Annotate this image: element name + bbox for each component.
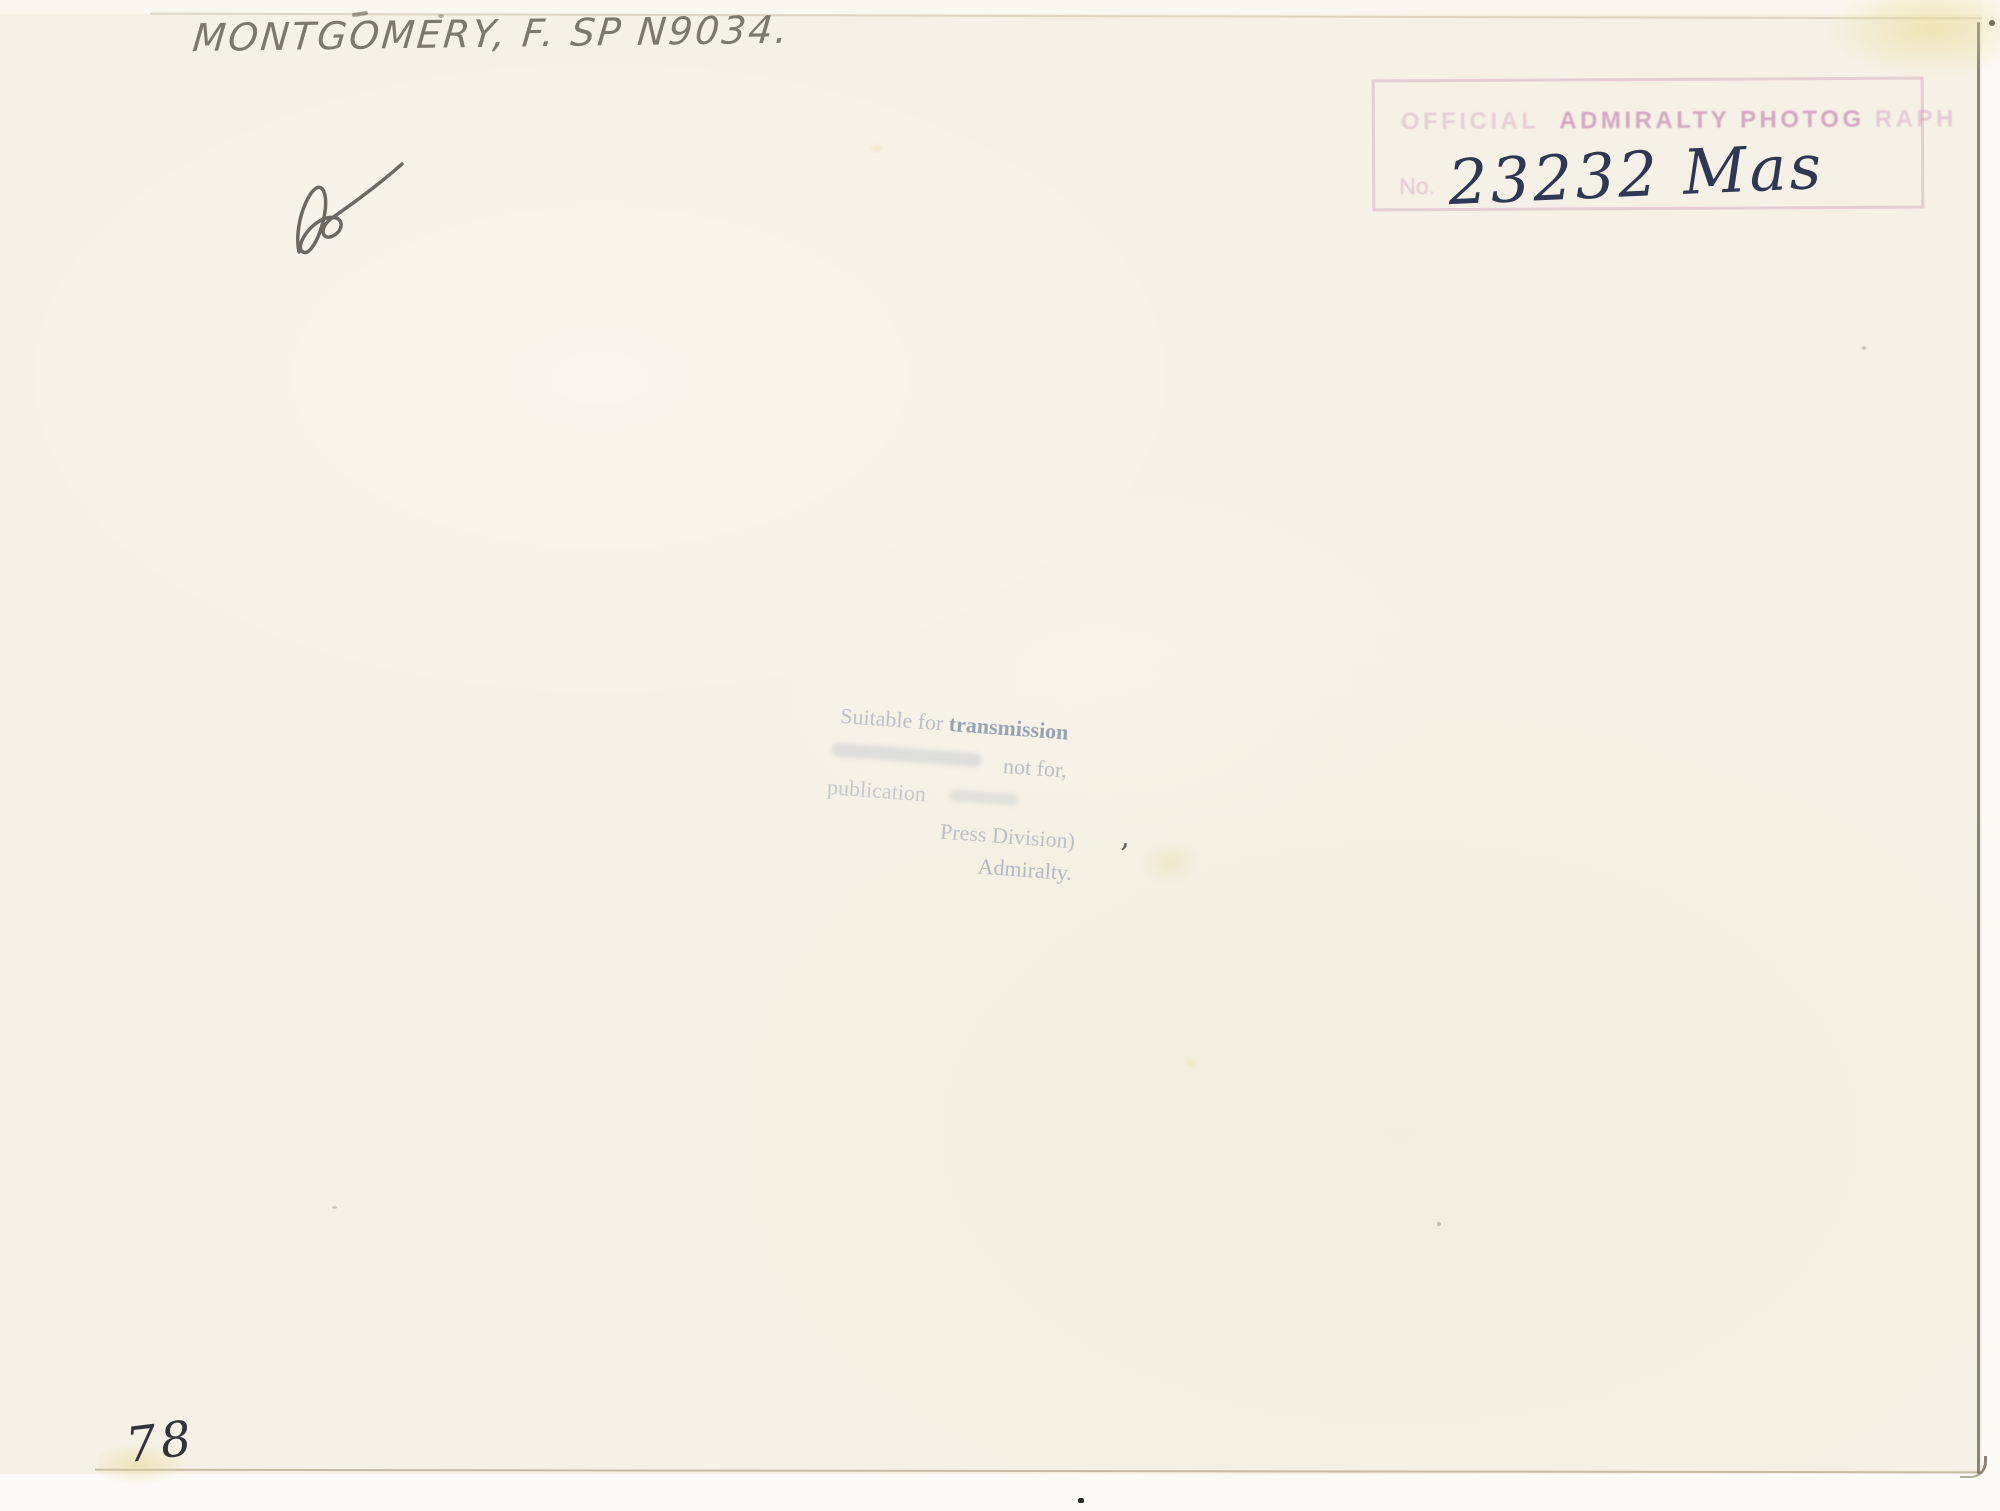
censor-stamp-line-4: Press Division) — [939, 819, 1076, 855]
ink-speck — [332, 1206, 337, 1209]
censor-stamp: Suitable for transmission not for, publi… — [813, 694, 1167, 928]
paper-edge-bottom — [95, 1469, 1979, 1474]
paper-edge-right — [1977, 22, 1980, 1474]
ink-speck — [1078, 1498, 1084, 1503]
admiralty-stamp-number-label: No. — [1399, 173, 1435, 200]
yellow-speck — [1182, 1056, 1200, 1070]
paper-bottom-margin — [0, 1474, 2000, 1511]
paper-right-margin — [1982, 0, 2000, 1511]
admiralty-stamp-word-official: OFFICIAL — [1401, 108, 1539, 136]
yellow-speck — [868, 142, 886, 155]
photo-verso-paper: MONTGOMERY, F. SP N9034. OFFICIAL ADMIRA… — [0, 0, 2000, 1511]
censor-stamp-line-1: Suitable for transmission — [839, 703, 1069, 746]
censor-line1-suitable-for: Suitable for — [840, 703, 950, 736]
censor-stamp-line-5: Admiralty. — [977, 853, 1073, 886]
censor-stamp-line-2: not for, — [1002, 753, 1068, 784]
censor-stamp-faded-fragment — [831, 742, 982, 767]
handwritten-tick-mark: ’ — [1118, 838, 1130, 874]
handwritten-page-number: 78 — [123, 1410, 198, 1474]
pencil-initials-squiggle — [272, 150, 412, 275]
ink-speck — [1437, 1222, 1441, 1226]
ink-speck — [1862, 346, 1866, 350]
censor-stamp-faded-fragment — [948, 789, 1019, 806]
handwritten-caption-pencil: MONTGOMERY, F. SP N9034. — [191, 8, 792, 60]
admiralty-stamp-title: OFFICIAL ADMIRALTY PHOTOG RAPH — [1401, 105, 1957, 136]
paper-top-margin — [0, 0, 2000, 14]
censor-line1-transmission: transmission — [948, 711, 1069, 745]
censor-stamp-line-3: publication — [826, 774, 927, 807]
admiralty-stamp-word-raph: RAPH — [1875, 105, 1957, 132]
paper-corner-top-right-mark — [1989, 20, 1995, 26]
